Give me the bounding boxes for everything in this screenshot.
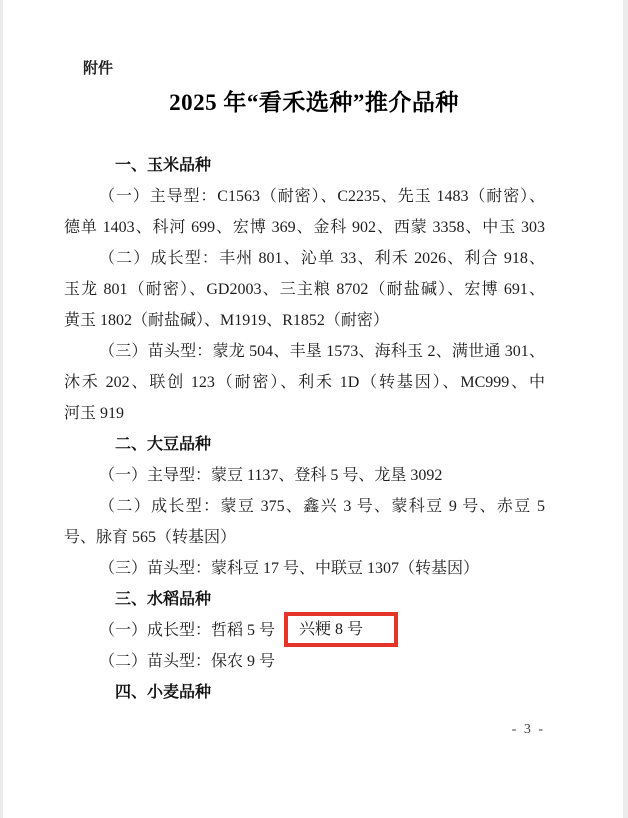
text-line: （三）苗头型：蒙龙 504、丰垦 1573、海科玉 2、满世通 301、 [64,336,545,367]
text-line: 河玉 919 [64,398,545,429]
text-line: 德单 1403、科河 699、宏博 369、金科 902、西蒙 3358、中玉 … [64,212,545,243]
text-line: 黄玉 1802（耐盐碱）、M1919、R1852（耐密） [64,305,545,336]
line-text: 沐禾 202、联创 123（耐密）、利禾 1D（转基因）、MC999、中 [64,374,545,391]
line-text: 号、脉育 565（转基因） [64,529,236,546]
line-text: 玉龙 801（耐密）、GD2003、三主粮 8702（耐盐碱）、宏博 691、 [64,281,545,298]
text-line: 号、脉育 565（转基因） [64,522,545,553]
page-edge-right [623,0,628,818]
section-heading: 二、大豆品种 [115,429,545,460]
section-heading: 三、水稻品种 [115,584,545,615]
line-text: （二）成长型：丰州 801、沁单 33、利禾 2026、利合 918、 [99,250,545,267]
page-edge-left [0,0,3,818]
section-heading: 四、小麦品种 [115,677,545,708]
text-line: （二）苗头型：保农 9 号 [64,646,545,677]
highlight-box: 兴粳 8 号 [284,612,398,647]
line-text: （三）苗头型：蒙龙 504、丰垦 1573、海科玉 2、满世通 301、 [99,343,545,360]
page-number: - 3 - [512,721,545,739]
text-line: （一）主导型：蒙豆 1137、登科 5 号、龙垦 3092 [64,460,545,491]
line-text: （二）苗头型：保农 9 号 [99,653,275,670]
line-text: （一）成长型：哲稻 5 号 [99,622,275,639]
text-line: 玉龙 801（耐密）、GD2003、三主粮 8702（耐盐碱）、宏博 691、 [64,274,545,305]
text-line: （一）主导型：C1563（耐密）、C2235、先玉 1483（耐密）、 [64,181,545,212]
line-text: 一、玉米品种 [115,157,211,174]
line-text: 德单 1403、科河 699、宏博 369、金科 902、西蒙 3358、中玉 … [64,219,545,236]
text-line: （三）苗头型：蒙科豆 17 号、中联豆 1307（转基因） [64,553,545,584]
line-text: 二、大豆品种 [115,436,211,453]
text-line: （一）成长型：哲稻 5 号兴粳 8 号 [64,615,545,646]
attachment-label: 附件 [83,59,113,79]
line-text: 黄玉 1802（耐盐碱）、M1919、R1852（耐密） [64,312,389,329]
text-line: （二）成长型：蒙豆 375、鑫兴 3 号、蒙科豆 9 号、赤豆 5 [64,491,545,522]
section-heading: 一、玉米品种 [115,150,545,181]
line-text: 河玉 919 [64,405,124,422]
document-body: 一、玉米品种（一）主导型：C1563（耐密）、C2235、先玉 1483（耐密）… [64,150,545,708]
line-text: （三）苗头型：蒙科豆 17 号、中联豆 1307（转基因） [99,560,479,577]
line-text: （一）主导型：蒙豆 1137、登科 5 号、龙垦 3092 [99,467,442,484]
line-text: （一）主导型：C1563（耐密）、C2235、先玉 1483（耐密）、 [99,188,545,205]
text-line: （二）成长型：丰州 801、沁单 33、利禾 2026、利合 918、 [64,243,545,274]
line-text: 四、小麦品种 [115,684,211,701]
line-text: 三、水稻品种 [115,591,211,608]
text-line: 沐禾 202、联创 123（耐密）、利禾 1D（转基因）、MC999、中 [64,367,545,398]
line-text: （二）成长型：蒙豆 375、鑫兴 3 号、蒙科豆 9 号、赤豆 5 [99,498,545,515]
document-page: 附件 2025 年“看禾选种”推介品种 一、玉米品种（一）主导型：C1563（耐… [0,0,628,818]
page-title: 2025 年“看禾选种”推介品种 [0,88,628,118]
